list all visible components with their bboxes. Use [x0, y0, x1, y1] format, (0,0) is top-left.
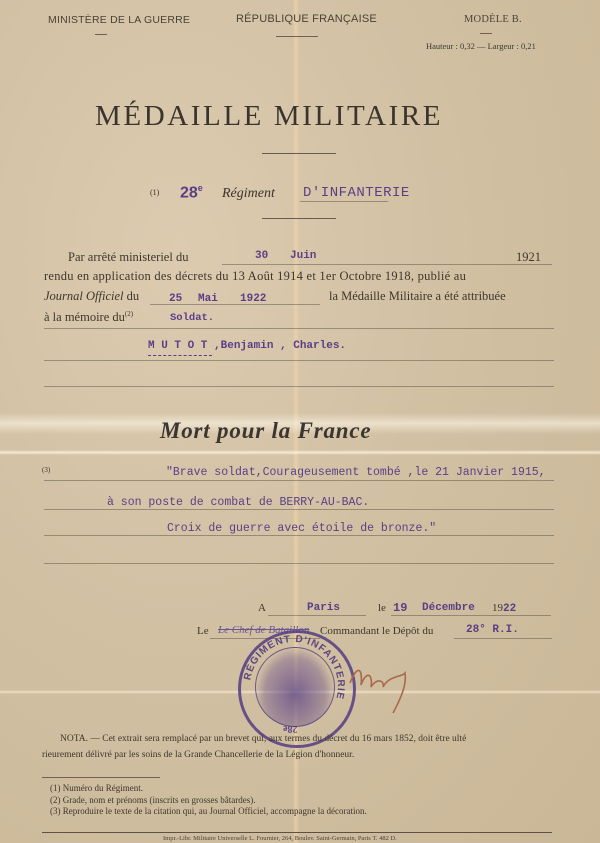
divider	[276, 36, 318, 37]
underline	[44, 328, 554, 329]
date-prefix: le	[378, 602, 386, 614]
regiment-label: Régiment	[222, 186, 275, 202]
divider	[480, 33, 492, 34]
date-month: Décembre	[422, 602, 475, 614]
nota-line-1: NOTA. — Cet extrait sera remplacé par un…	[60, 734, 466, 744]
bottom-rule	[42, 832, 552, 833]
printer-imprint: Impr.-Libr. Militaire Universelle L. Fou…	[163, 835, 397, 842]
divider	[262, 153, 336, 154]
arrete-prefix: Par arrêté ministeriel du	[68, 250, 188, 265]
underline	[454, 638, 552, 639]
date-year: 1922	[492, 602, 516, 615]
name-underline	[148, 355, 212, 356]
arrete-year: 1921	[516, 250, 541, 265]
underline	[268, 615, 366, 616]
certificate-document: MINISTÈRE DE LA GUERRE RÉPUBLIQUE FRANÇA…	[0, 0, 600, 843]
underline	[44, 480, 554, 481]
underline	[300, 201, 388, 202]
underline	[44, 509, 554, 510]
citation-line-3: Croix de guerre avec étoile de bronze."	[167, 522, 436, 535]
ministry-label: MINISTÈRE DE LA GUERRE	[48, 14, 190, 26]
underline	[44, 360, 554, 361]
arrete-day: 30	[255, 250, 268, 262]
republic-label: RÉPUBLIQUE FRANÇAISE	[236, 13, 377, 25]
officer-prefix: Le	[197, 625, 209, 637]
footnote-divider	[42, 777, 160, 778]
citation-line-1: "Brave soldat,Courageusement tombé ,le 2…	[166, 466, 546, 479]
page-title: MÉDAILLE MILITAIRE	[95, 100, 443, 133]
regiment-stamp: RÉGIMENT D'INFANTERIE 28e	[238, 630, 356, 748]
stamp-emblem	[255, 647, 335, 727]
divider	[95, 34, 107, 35]
mort-pour-la-france: Mort pour la France	[160, 418, 371, 444]
jo-year: 1922	[240, 293, 266, 305]
paper-fold	[0, 450, 600, 455]
place-prefix: A	[258, 602, 266, 614]
soldier-name: M U T O T ,Benjamin , Charles.	[148, 340, 346, 352]
divider	[262, 218, 336, 219]
footnote-2: (2) Grade, nom et prénoms (inscrits en g…	[50, 795, 255, 805]
jo-day: 25	[169, 293, 182, 305]
date-day: 19	[393, 601, 407, 615]
arrete-month: Juin	[290, 250, 316, 262]
nota-line-2: rieurement délivré par les soins de la G…	[42, 750, 354, 760]
decree-line: rendu en application des décrets du 13 A…	[44, 269, 466, 284]
regiment-type: D'INFANTERIE	[303, 185, 410, 201]
regiment-number: 28e	[180, 183, 203, 202]
jo-month: Mai	[198, 293, 218, 305]
memory-line: à la mémoire du(2)	[44, 310, 133, 325]
depot-unit: 28° R.I.	[466, 624, 519, 636]
attribution-text: la Médaille Militaire a été attribuée	[329, 289, 506, 304]
underline	[44, 563, 554, 564]
stamp-number: 28e	[283, 723, 297, 734]
footnote-3: (3) Reproduire le texte de la citation q…	[50, 806, 367, 816]
place: Paris	[307, 602, 340, 614]
underline	[391, 615, 551, 616]
dimensions-label: Hauteur : 0,32 — Largeur : 0,21	[426, 41, 536, 51]
underline	[44, 386, 554, 387]
soldier-grade: Soldat.	[170, 312, 214, 324]
footnote-ref: (1)	[150, 188, 159, 197]
signature-scrawl-icon	[345, 655, 425, 715]
journal-line: Journal Officiel du	[44, 289, 139, 304]
underline	[44, 535, 554, 536]
citation-line-2: à son poste de combat de BERRY-AU-BAC.	[107, 496, 369, 509]
underline	[222, 264, 552, 265]
footnote-ref: (3)	[42, 466, 50, 474]
model-label: MODÈLE B.	[464, 14, 522, 25]
footnote-1: (1) Numéro du Régiment.	[50, 783, 143, 793]
